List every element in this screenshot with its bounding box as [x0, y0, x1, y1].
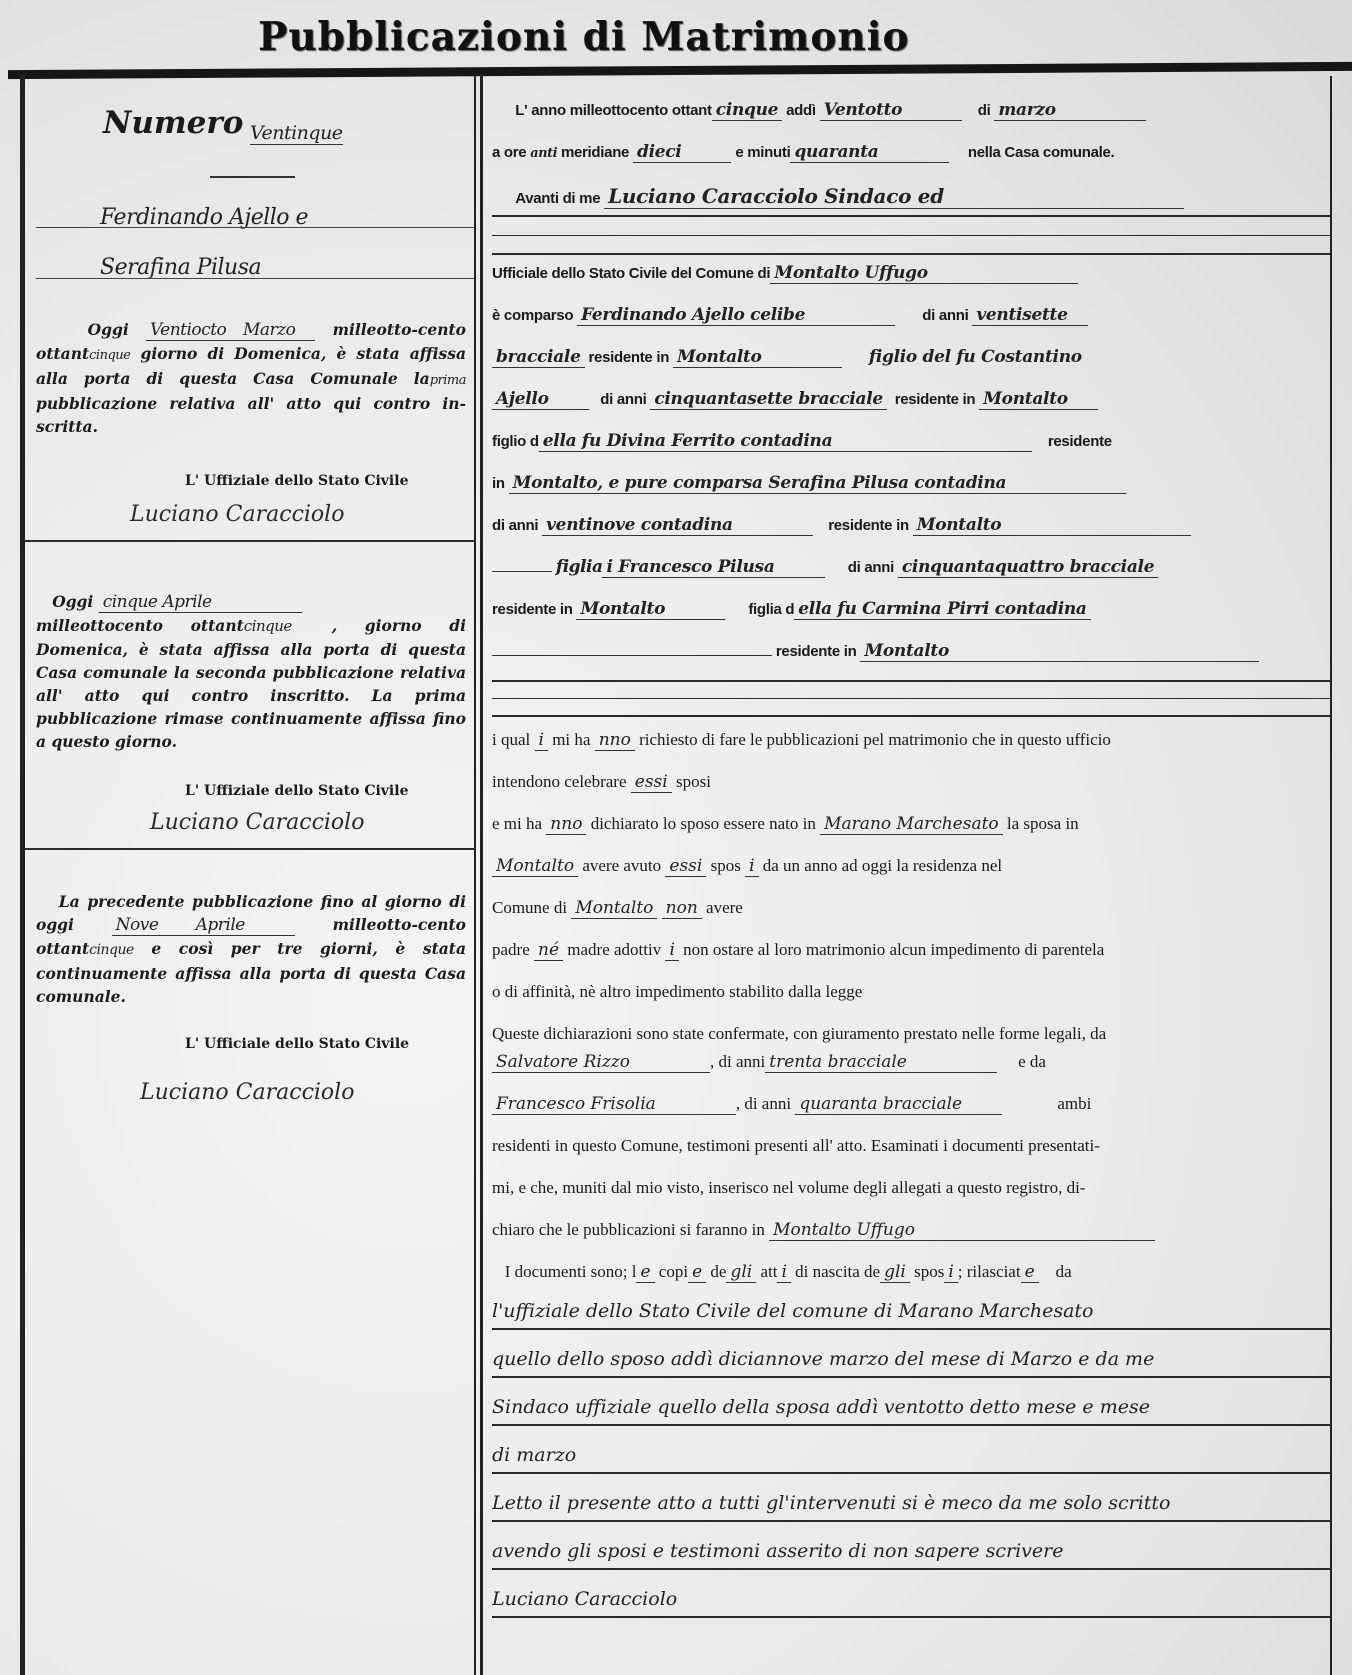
handwritten-fill: Montalto	[492, 856, 578, 877]
bride-line-3: residente in Montalto figlia della fu Ca…	[492, 599, 1330, 620]
rule	[492, 1472, 1330, 1474]
header-line-1: L' anno milleottocento ottantcinque addì…	[492, 100, 1330, 121]
rule	[492, 1424, 1330, 1426]
numero-value: Ventinque	[250, 122, 343, 145]
declaration-line: padre né madre adottiv i non ostare al l…	[492, 940, 1330, 961]
declaration-line: Comune di Montalto non avere	[492, 898, 1330, 919]
section-divider	[25, 848, 475, 850]
closing-date: Nove Aprile	[112, 915, 295, 936]
rule	[492, 1568, 1330, 1570]
handwritten-fill: né	[534, 940, 563, 961]
declaration-line: Queste dichiarazioni sono state conferma…	[492, 1024, 1330, 1044]
handwritten-line: avendo gli sposi e testimoni asserito di…	[492, 1540, 1330, 1562]
officer-signature: Luciano Caracciolo	[140, 1080, 354, 1105]
header-line-2: a ore anti meridiane dieci e minutiquara…	[492, 142, 1330, 163]
officer-signature: Luciano Caracciolo	[150, 810, 364, 835]
rule	[492, 235, 1330, 236]
groom-line-1: è comparso Ferdinando Ajello celibe di a…	[492, 305, 1330, 326]
groom-line-5: in Montalto, e pure comparsa Serafina Pi…	[492, 473, 1330, 494]
handwritten-line: l'uffiziale dello Stato Civile del comun…	[492, 1300, 1330, 1322]
right-border	[1330, 76, 1332, 1675]
handwritten-fill: Montalto	[571, 898, 657, 919]
handwritten-fill: i	[665, 940, 678, 961]
handwritten-line: Sindaco uffiziale quello della sposa add…	[492, 1396, 1330, 1418]
second-publication-text: Oggi cinque Aprile milleottocento ottant…	[36, 590, 466, 753]
declaration-line: e mi ha nno dichiarato lo sposo essere n…	[492, 814, 1330, 835]
handwritten-fill: essi	[631, 772, 672, 793]
handwritten-fill: nno	[595, 730, 635, 751]
column-divider-inner	[480, 74, 483, 1675]
bride-line-2: figliafiglia di Francesco Pilusa di anni…	[492, 557, 1330, 578]
bride-line-4: residente in Montalto	[492, 641, 1330, 662]
documents-line: I documenti sono; le copie degli atti di…	[492, 1262, 1330, 1283]
rule	[492, 1616, 1330, 1618]
header-line-3: Avanti di me Luciano Caracciolo Sindaco …	[492, 184, 1330, 209]
officer-label: L' Uffiziale dello Stato Civile	[185, 783, 408, 799]
comune-line: Ufficiale dello Stato Civile del Comune …	[492, 263, 1330, 284]
faranno-line: chiaro che le pubblicazioni si faranno i…	[492, 1220, 1330, 1241]
officer-label: L' Uffiziale dello Stato Civile	[185, 473, 408, 489]
handwritten-fill: non	[662, 898, 702, 919]
handwritten-fill: essi	[665, 856, 706, 877]
first-publication-text: Oggi Ventiocto Marzo milleotto-cento ott…	[36, 318, 466, 438]
groom-line-2: bracciale residente in Montalto figlio d…	[492, 347, 1330, 368]
rule	[492, 215, 1330, 217]
rule	[492, 1328, 1330, 1330]
rule	[492, 253, 1330, 255]
first-publication-date: Ventiocto Marzo	[146, 320, 315, 341]
numero-underline	[210, 176, 295, 178]
numero-label: Numero	[103, 105, 243, 141]
bride-line-1: di anni ventinove contadina residente in…	[492, 515, 1330, 536]
rule	[492, 715, 1330, 717]
handwritten-fill: i	[535, 730, 548, 751]
handwritten-fill: i	[745, 856, 758, 877]
rule	[36, 227, 474, 228]
officer-signature: Luciano Caracciolo	[130, 502, 344, 527]
section-divider	[25, 540, 475, 542]
declaration-line: o di affinità, nè altro impedimento stab…	[492, 982, 1330, 1002]
handwritten-line: Luciano Caracciolo	[492, 1588, 1330, 1610]
rule	[492, 680, 1330, 682]
closing-publication-text: La precedente pubblicazione fino al gior…	[36, 890, 466, 1008]
handwritten-line: quello dello sposo addì diciannove marzo…	[492, 1348, 1330, 1370]
rule	[492, 1376, 1330, 1378]
declaration-line: intendono celebrare essi sposi	[492, 772, 1330, 793]
left-border	[20, 74, 25, 1675]
witness-line-1: Salvatore Rizzo, di annitrenta bracciale…	[492, 1052, 1330, 1073]
officer-label: L' Ufficiale dello Stato Civile	[185, 1036, 409, 1052]
closing-line-2: mi, e che, muniti dal mio visto, inseris…	[492, 1178, 1330, 1198]
handwritten-fill: Marano Marchesato	[820, 814, 1003, 835]
handwritten-line: di marzo	[492, 1444, 1330, 1466]
declaration-line: Montalto avere avuto essi spos i da un a…	[492, 856, 1330, 877]
rule	[492, 1520, 1330, 1522]
rule	[492, 698, 1330, 699]
groom-line-3: Ajello di anni cinquantasette bracciale …	[492, 389, 1330, 410]
groom-line-4: figlio della fu Divina Ferrito contadina…	[492, 431, 1330, 452]
rule	[36, 278, 474, 279]
handwritten-line: Letto il presente atto a tutti gl'interv…	[492, 1492, 1330, 1514]
second-publication-date: cinque Aprile	[99, 592, 302, 613]
handwritten-fill: nno	[546, 814, 586, 835]
witness-line-2: Francesco Frisolia, di anni quaranta bra…	[492, 1094, 1330, 1115]
document-title: Pubblicazioni di Matrimonio	[258, 14, 910, 60]
declaration-line: i qual i mi ha nno richiesto di fare le …	[492, 730, 1330, 751]
closing-line-1: residenti in questo Comune, testimoni pr…	[492, 1136, 1330, 1156]
column-divider	[474, 74, 476, 1675]
margin-bride-name: Serafina Pilusa	[100, 255, 261, 280]
